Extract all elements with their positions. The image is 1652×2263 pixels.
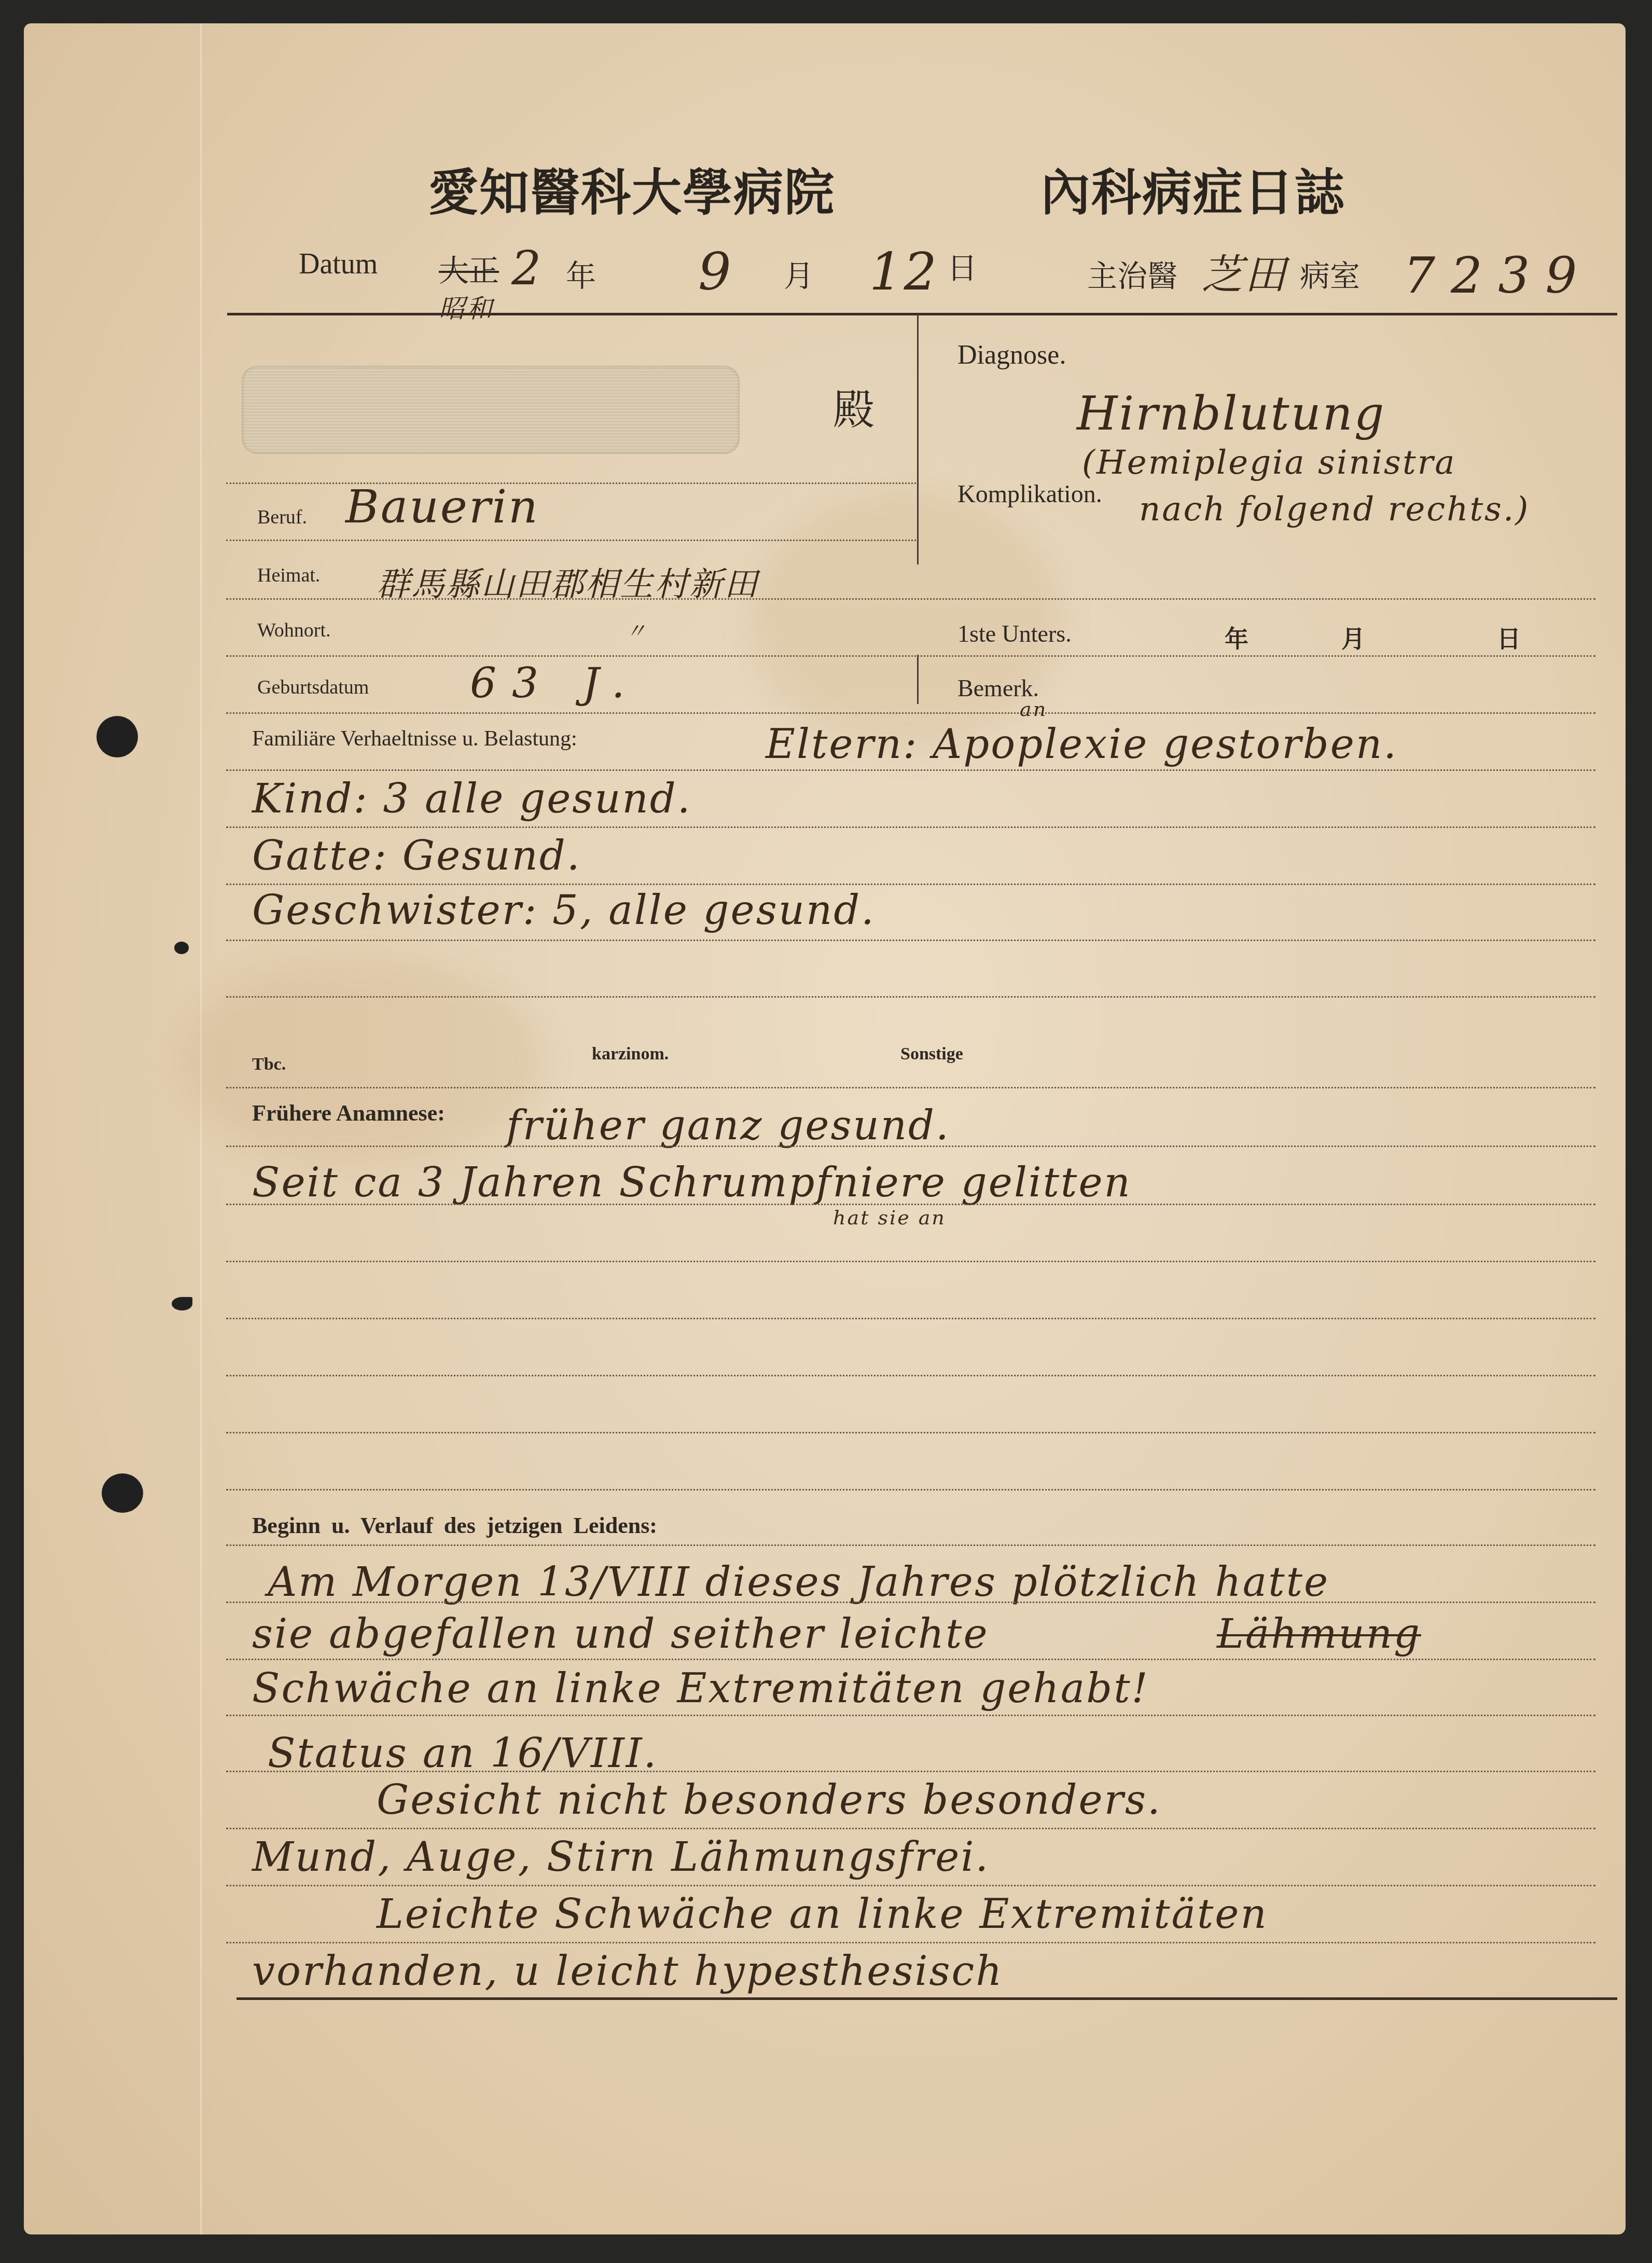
diagnose-label: Diagnose.: [957, 340, 1066, 370]
status-line-1: Gesicht nicht besonders besonders.: [377, 1777, 1162, 1824]
anamnese-label: Frühere Anamnese:: [252, 1100, 445, 1126]
record-sheet: 愛知醫科大學病院 內科病症日誌 Datum 大正 昭和 2 年 9 月 12 日…: [24, 23, 1626, 2234]
status-heading: Status an 16/VIII.: [268, 1730, 658, 1777]
month-label: 月: [784, 252, 814, 295]
ward-value: 7239: [1404, 246, 1592, 305]
row-line: [226, 1715, 1595, 1716]
anamnese-line-1: früher ganz gesund.: [506, 1102, 950, 1149]
status-line-2: Mund, Auge, Stirn Lähmungsfrei.: [252, 1834, 990, 1881]
row-line: [226, 540, 916, 541]
row-line: [226, 826, 1595, 828]
family-line-2: Kind: 3 alle gesund.: [252, 776, 692, 822]
row-line: [226, 1146, 1595, 1147]
anamnese-line-2: Seit ca 3 Jahren Schrumpfniere gelitten: [252, 1160, 1132, 1206]
wohnort-label: Wohnort.: [257, 619, 331, 642]
row-line: [226, 1087, 1595, 1088]
status-line-4: vorhanden, u leicht hypesthesisch: [252, 1948, 1003, 1995]
row-line: [226, 1261, 1595, 1262]
hospital-title: 愛知醫科大學病院: [428, 153, 835, 224]
heimat-label: Heimat.: [257, 564, 320, 587]
honorific: 殿: [833, 376, 874, 436]
diagnose-value: Hirnblutung: [1077, 387, 1385, 441]
physician-value: 芝田: [1201, 241, 1287, 301]
row-line: [226, 1885, 1595, 1886]
geburtsdatum-label: Geburtsdatum: [257, 676, 369, 699]
geburtsdatum-value: 63 J.: [470, 659, 641, 707]
department-title: 內科病症日誌: [1040, 153, 1345, 224]
row-line: [226, 940, 1595, 941]
month-value: 9: [698, 241, 733, 302]
paper-nick: [172, 1297, 192, 1310]
paper-fold: [200, 23, 202, 2234]
wohnort-value: 〃: [626, 615, 648, 644]
row-line: [226, 1771, 1595, 1772]
era-handwritten: 昭和: [439, 288, 494, 325]
paper-nick: [174, 942, 189, 954]
beruf-value: Bauerin: [345, 480, 539, 533]
row-line: [226, 598, 1595, 600]
komplikation-value-2: nach folgend rechts.): [1139, 490, 1530, 529]
row-line: [226, 1828, 1595, 1829]
family-label: Familiäre Verhaeltnisse u. Belastung:: [252, 726, 577, 751]
row-line: [226, 1659, 1595, 1660]
erste-unters-year: 年: [1225, 620, 1248, 654]
family-insert: an: [1020, 698, 1047, 721]
datum-label: Datum: [299, 247, 378, 281]
row-line: [226, 1602, 1595, 1603]
paper-stain: [179, 957, 543, 1165]
row-line: [226, 1432, 1595, 1433]
row-line: [226, 482, 916, 484]
punch-hole: [102, 1473, 143, 1513]
illness-line-2: sie abgefallen und seither leichte: [252, 1611, 989, 1658]
year-value: 2: [511, 241, 543, 296]
erste-unters-month: 月: [1341, 620, 1365, 654]
row-line: [226, 884, 1595, 885]
row-line: [226, 1489, 1595, 1491]
header-rule: [227, 313, 1617, 315]
beruf-label: Beruf.: [257, 506, 307, 529]
redacted-patient-name: [242, 366, 740, 454]
row-line: [226, 1318, 1595, 1319]
family-line-3: Gatte: Gesund.: [252, 833, 581, 879]
tbc-label: Tbc.: [252, 1055, 286, 1074]
year-label: 年: [566, 252, 596, 295]
column-divider: [917, 314, 919, 564]
row-line: [226, 712, 1595, 714]
ward-label: 病室: [1300, 252, 1360, 295]
current-illness-label: Beginn u. Verlauf des jetzigen Leidens:: [252, 1512, 657, 1539]
footer-rule: [237, 1997, 1617, 2000]
row-line: [226, 1375, 1595, 1376]
illness-line-3: Schwäche an linke Extremitäten gehabt!: [252, 1665, 1149, 1712]
column-divider-lower: [917, 655, 919, 704]
row-line: [226, 1942, 1595, 1943]
illness-line-1: Am Morgen 13/VIII dieses Jahres plötzlic…: [268, 1559, 1329, 1606]
row-line: [226, 769, 1595, 771]
illness-struck-word: Lähmung: [1217, 1611, 1421, 1658]
anamnese-insert: hat sie an: [833, 1206, 946, 1229]
day-label: 日: [947, 244, 977, 287]
punch-hole: [96, 716, 138, 757]
row-line: [226, 996, 1595, 998]
status-line-3: Leichte Schwäche an linke Extremitäten: [377, 1891, 1268, 1938]
physician-label: 主治醫: [1087, 252, 1177, 295]
row-line: [226, 1544, 1595, 1546]
family-line-4: Geschwister: 5, alle gesund.: [252, 887, 876, 934]
row-line: [226, 1204, 1595, 1205]
day-value: 12: [869, 241, 938, 302]
komplikation-value-1: (Hemiplegia sinistra: [1082, 444, 1456, 482]
family-line-1: Eltern: Apoplexie gestorben.: [766, 721, 1398, 768]
komplikation-label: Komplikation.: [957, 480, 1102, 508]
row-line: [226, 655, 1595, 657]
erste-unters-day: 日: [1497, 620, 1521, 654]
era-printed: 大正: [439, 246, 499, 290]
erste-unters-label: 1ste Unters.: [957, 620, 1072, 647]
